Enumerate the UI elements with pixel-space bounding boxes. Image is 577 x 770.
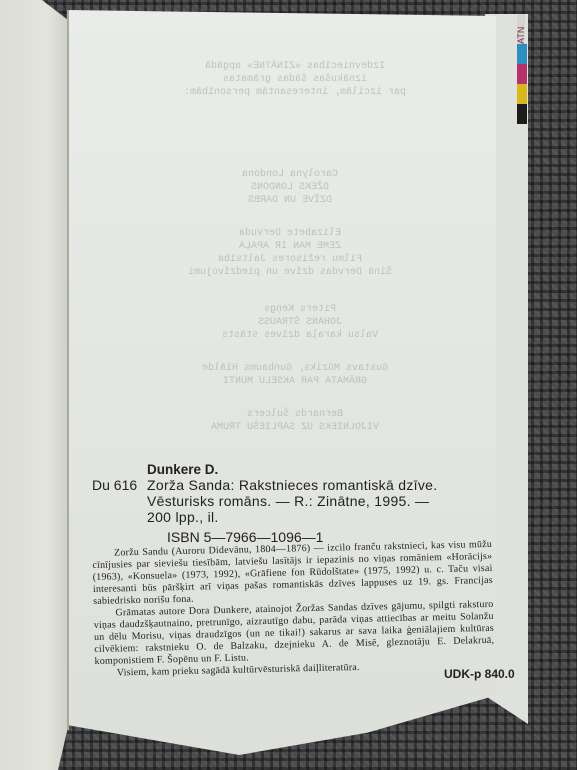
ghost-line: iznākušas šādas grāmatas xyxy=(170,73,420,86)
bleed-through-block-4: Piters Keņgs JOHANS ŠTRAUSS Valsu karaļa… xyxy=(200,303,400,342)
bleed-through-block-5: Gustavs Mūziks, Gunbaums Hiālde GRĀMATA … xyxy=(180,362,410,388)
bleed-through-block-2: Carolyna Londona DŽEKS LONDONS DZĪVE UN … xyxy=(200,168,380,207)
ghost-line: Bernards Šulcers xyxy=(170,408,420,421)
title-row: Du 616 Zorža Sanda: Rakstnieces romantis… xyxy=(92,477,492,525)
title-line: Zorža Sanda: Rakstnieces romantiskā dzīv… xyxy=(147,477,492,493)
book-gutter xyxy=(67,10,69,730)
ghost-line: Piters Keņgs xyxy=(200,303,400,316)
annotation-paragraph: Grāmatas autore Dora Dunkere, atainojot … xyxy=(93,599,494,668)
ghost-line: Carolyna Londona xyxy=(200,168,380,181)
ghost-line: par izcilām, interesantām personībām: xyxy=(170,86,420,99)
ghost-line: Šinā Dervdas dzīve un piedzīvojumi xyxy=(180,266,400,279)
ghost-line: GRĀMATA PAR AKSELU MUNTI xyxy=(180,375,410,388)
ghost-line: Valsu karaļa dzīves stāsts xyxy=(200,329,400,342)
udk-code: UDK-p 840.0 xyxy=(444,667,515,681)
cyan-swatch xyxy=(517,44,527,64)
bleed-through-block-3: Elizabete Dervuda ZEME MAN IR APAĻA Film… xyxy=(180,227,400,279)
shelf-code: Du 616 xyxy=(92,477,147,525)
bleed-through-block-1: Izdevniecības «ZINĀTNE» apgādā iznākušas… xyxy=(170,60,420,99)
annotation: Zoržu Sandu (Auroru Didevānu, 1804—1876)… xyxy=(92,539,495,680)
ghost-line: VIJOLNIEKS UZ SAPLIEŠU TRUMA xyxy=(170,421,420,434)
left-page xyxy=(0,0,68,770)
ghost-line: Elizabete Dervuda xyxy=(180,227,400,240)
yellow-swatch xyxy=(517,84,527,104)
ghost-line: JOHANS ŠTRAUSS xyxy=(200,316,400,329)
annotation-paragraph: Zoržu Sandu (Auroru Didevānu, 1804—1876)… xyxy=(92,539,493,608)
bleed-through-block-6: Bernards Šulcers VIJOLNIEKS UZ SAPLIEŠU … xyxy=(170,408,420,434)
title-line: 200 lpp., il. xyxy=(147,509,492,525)
printer-color-tab: ATN xyxy=(517,14,527,126)
author-name: Dunkere D. xyxy=(147,462,492,477)
title-line: Vēsturisks romāns. — R.: Zinātne, 1995. … xyxy=(147,493,492,509)
ghost-line: ZEME MAN IR APAĻA xyxy=(180,240,400,253)
ghost-line: DŽEKS LONDONS xyxy=(200,181,380,194)
title-block: Zorža Sanda: Rakstnieces romantiskā dzīv… xyxy=(147,477,492,525)
ghost-line: Izdevniecības «ZINĀTNE» apgādā xyxy=(170,60,420,73)
ghost-line: DZĪVE UN DARBS xyxy=(200,194,380,207)
catalog-card: Dunkere D. Du 616 Zorža Sanda: Rakstniec… xyxy=(92,462,492,680)
ghost-line: Gustavs Mūziks, Gunbaums Hiālde xyxy=(180,362,410,375)
magenta-swatch xyxy=(517,64,527,84)
edge-tab-letters: ATN xyxy=(517,14,525,44)
black-swatch xyxy=(517,104,527,124)
ghost-line: Filmu režisores Jaltsība xyxy=(180,253,400,266)
